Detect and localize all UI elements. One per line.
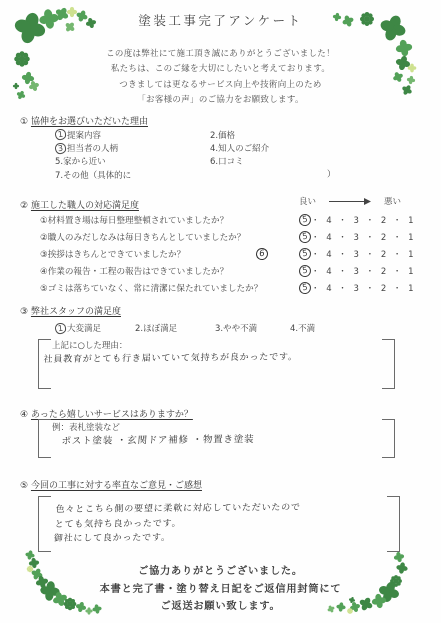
rating-scale: 5 ・ 4 ・ 3 ・ 2 ・ 1 (299, 248, 400, 260)
rating-row: ①材料置き場は毎日整理整頓されていましたか？ 5 ・ 4 ・ 3 ・ 2 ・ 1 (40, 212, 400, 229)
rating-row: ⑤ゴミは落ちていなく、常に清潔に保たれていましたか？ 5 ・ 4 ・ 3 ・ 2… (40, 279, 400, 296)
selected-rating-circle: 5 (298, 281, 312, 295)
option-other: 7.その他（具体的に (55, 169, 210, 181)
page-title: 塗装工事完了アンケート (0, 11, 441, 29)
section1-number: ① (20, 117, 28, 127)
selected-rating-circle: 5 (298, 264, 312, 278)
scale-bad-label: 悪い (384, 195, 401, 207)
option-word-of-mouth: 6.口コミ (210, 155, 244, 167)
section5-title: 今回の工事に対する率直なご意見・ご感想 (31, 481, 202, 491)
handwritten-circle-mark: 3 (54, 142, 66, 154)
section2-title: 施工した職人の対応満足度 (31, 201, 139, 211)
handwritten-circle-mark: 1 (54, 129, 66, 141)
comments-answer-box: 色々とこちら側の要望に柔軟に対応していただいたので とても気持ち良かったです。 … (38, 496, 400, 552)
survey-sheet: 塗装工事完了アンケート この度は弊社にて施工頂き誠にありがとうございました！ 私… (0, 0, 441, 623)
reason-answer-box: 上記に○した理由： 社員教育がとても行き届いていて気持ちが良かったです。 (38, 339, 395, 389)
section2-number: ② (20, 201, 28, 211)
rating-scale-values: ・ 4 ・ 3 ・ 2 ・ 1 (311, 265, 415, 277)
selected-rating-circle: 5 (298, 247, 312, 261)
scale-good-label: 良い (299, 195, 316, 207)
option-label: 提案内容 (67, 129, 101, 141)
option-price: 2.価格 (210, 129, 235, 141)
selected-rating-circle: 5 (298, 214, 312, 228)
section2-questions: ①材料置き場は毎日整理整頓されていましたか？ 5 ・ 4 ・ 3 ・ 2 ・ 1… (40, 212, 400, 296)
arrow-right-icon (328, 197, 372, 206)
option-row: 1提案内容 2.価格 (55, 128, 395, 141)
rating-scale: 5 ・ 4 ・ 3 ・ 2 ・ 1 (299, 265, 400, 277)
option-near-home: 5.家から近い (55, 155, 210, 167)
option-row: 3担当者の人柄 4.知人のご紹介 (55, 141, 395, 154)
service-answer-box: 例：表札塗装など ポスト塗装 ・玄関ドア補修 ・物置き塗装 (38, 419, 395, 458)
section3-number: ③ (20, 307, 28, 317)
handwritten-comment-line: 色々とこちら側の要望に柔軟に対応していただいたので (55, 501, 301, 518)
section3-options: 1大変満足 2.ほぼ満足 3.やや不満 4.不満 (55, 322, 385, 334)
question-text: ③挨拶はきちんとできていましたか？ (40, 248, 185, 260)
option-row: 7.その他（具体的に ） (55, 168, 395, 181)
option-referral: 4.知人のご紹介 (210, 142, 269, 154)
option-staff-character: 3担当者の人柄 (55, 142, 210, 154)
handwritten-extra-rating: 6 (255, 247, 269, 261)
intro-line: つきましては更なるサービス向上や技術向上のため (0, 78, 441, 93)
section3-heading: ③ 弊社スタッフの満足度 (20, 304, 121, 317)
handwritten-service-answer: ポスト塗装 ・玄関ドア補修 ・物置き塗装 (61, 431, 255, 447)
rating-scale-values: ・ 4 ・ 3 ・ 2 ・ 1 (311, 231, 415, 243)
rating-scale: 5 ・ 4 ・ 3 ・ 2 ・ 1 (299, 282, 400, 294)
handwritten-comment-line: 御社にして良かったです。 (53, 530, 299, 547)
section3-title: 弊社スタッフの満足度 (31, 307, 121, 317)
option-very-satisfied: 1大変満足 (55, 322, 135, 334)
handwritten-comments: 色々とこちら側の要望に柔軟に対応していただいたので とても気持ち良かったです。 … (53, 501, 301, 547)
rating-row: ③挨拶はきちんとできていましたか？ 6 5 ・ 4 ・ 3 ・ 2 ・ 1 (40, 246, 400, 263)
intro-line: この度は弊社にて施工頂き誠にありがとうございました！ (0, 47, 441, 62)
rating-scale-values: ・ 4 ・ 3 ・ 2 ・ 1 (311, 214, 415, 226)
handwritten-circle-mark: 1 (54, 322, 66, 334)
intro-line: 「お客様の声」のご協力をお願致します。 (0, 93, 441, 108)
option-row: 5.家から近い 6.口コミ (55, 155, 395, 168)
question-text: ⑤ゴミは落ちていなく、常に清潔に保たれていましたか？ (40, 282, 262, 294)
footer-line: ご返送お願い致します。 (0, 598, 441, 616)
handwritten-reason: 社員教育がとても行き届いていて気持ちが良かったです。 (43, 349, 298, 365)
footer-line: 本書と完了書・塗り替え日記をご返信用封筒にて (0, 581, 441, 599)
rating-scale-values: ・ 4 ・ 3 ・ 2 ・ 1 (311, 282, 415, 294)
selected-rating-circle: 5 (298, 230, 312, 244)
question-text: ①材料置き場は毎日整理整頓されていましたか？ (40, 214, 228, 226)
section2-heading: ② 施工した職人の対応満足度 (20, 198, 139, 211)
section4-number: ④ (20, 410, 28, 420)
question-text: ④作業の報告・工程の報告はできていましたか？ (40, 265, 228, 277)
option-label: 担当者の人柄 (67, 142, 118, 154)
option-mostly-satisfied: 2.ほぼ満足 (135, 322, 215, 334)
option-label: 大変満足 (67, 322, 101, 334)
rating-row: ②職人のみだしなみは毎日きちんとしていましたか？ 5 ・ 4 ・ 3 ・ 2 ・… (40, 229, 400, 246)
rating-scale: 5 ・ 4 ・ 3 ・ 2 ・ 1 (299, 214, 400, 226)
rating-scale-header: 良い 悪い (299, 195, 401, 207)
intro-paragraph: この度は弊社にて施工頂き誠にありがとうございました！ 私たちは、このご縁を大切に… (0, 47, 441, 108)
reason-label: 上記に○した理由： (52, 339, 127, 351)
section1-options: 1提案内容 2.価格 3担当者の人柄 4.知人のご紹介 5.家から近い 6.口コ… (55, 128, 395, 182)
question-text: ②職人のみだしなみは毎日きちんとしていましたか？ (40, 231, 245, 243)
section5-heading: ⑤ 今回の工事に対する率直なご意見・ご感想 (20, 478, 202, 491)
closing-paren: ） (327, 168, 336, 180)
intro-line: 私たちは、このご縁を大切にしたいと考えております。 (0, 62, 441, 77)
footer-line: ご協力ありがとうございました。 (0, 563, 441, 581)
rating-row: ④作業の報告・工程の報告はできていましたか？ 5 ・ 4 ・ 3 ・ 2 ・ 1 (40, 262, 400, 279)
rating-scale-values: ・ 4 ・ 3 ・ 2 ・ 1 (311, 248, 415, 260)
section1-title: 協伸をお選びいただいた理由 (31, 117, 148, 127)
section1-heading: ① 協伸をお選びいただいた理由 (20, 114, 148, 127)
option-dissatisfied: 4.不満 (290, 322, 315, 334)
option-proposal: 1提案内容 (55, 129, 210, 141)
example-label: 例：表札塗装など (52, 421, 120, 433)
footer-message: ご協力ありがとうございました。 本書と完了書・塗り替え日記をご返信用封筒にて ご… (0, 563, 441, 616)
section5-number: ⑤ (20, 481, 28, 491)
option-somewhat-dissatisfied: 3.やや不満 (215, 322, 290, 334)
rating-scale: 5 ・ 4 ・ 3 ・ 2 ・ 1 (299, 231, 400, 243)
